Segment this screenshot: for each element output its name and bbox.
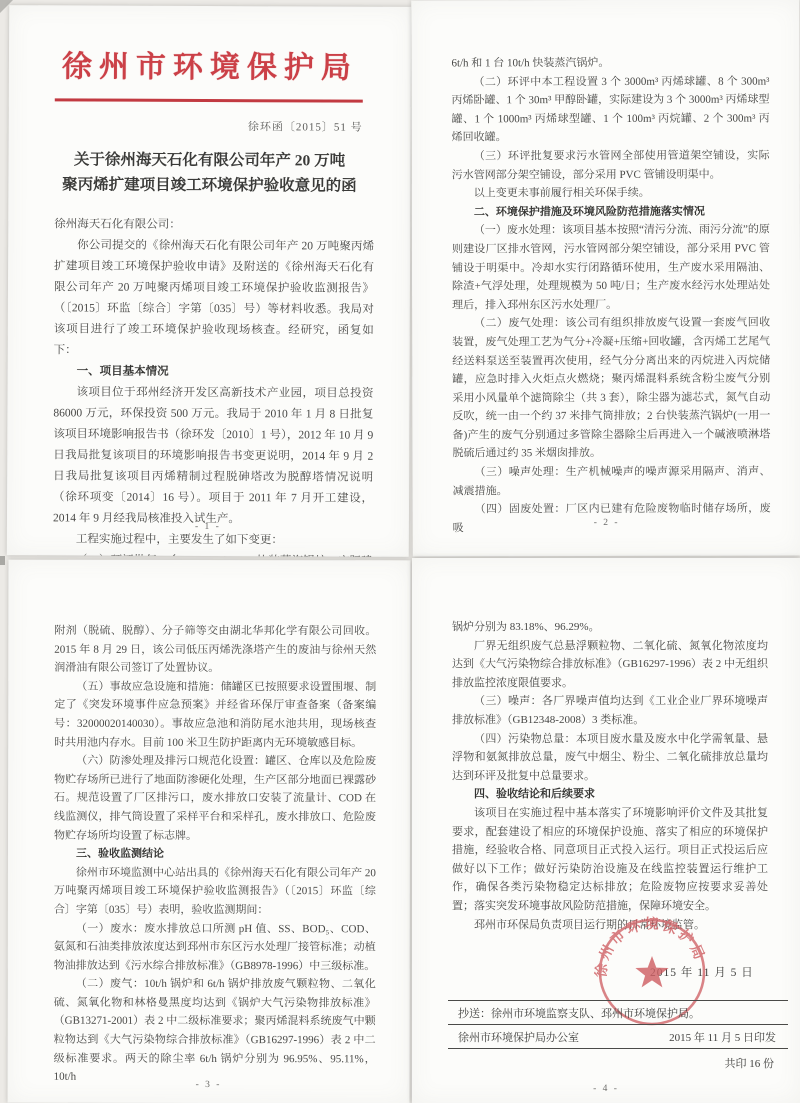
paragraph: 该项目位于邳州经济开发区高新技术产业园，项目总投资 86000 万元，环保投资 … [53, 382, 374, 530]
page-1: 徐州市环境保护局 徐环函〔2015〕51 号 关于徐州海天石化有限公司年产 20… [7, 5, 411, 557]
paragraph: （六）防渗处理及排污口规范化设置：罐区、仓库以及危险废物贮存场所已进行了地面防渗… [54, 752, 376, 846]
page-2: 6t/h 和 1 台 10t/h 快装蒸汽锅炉。 （二）环评中本工程设置 3 个… [411, 0, 800, 557]
paragraph: 锅炉分别为 83.18%、96.29%。 [452, 618, 768, 637]
document-title: 关于徐州海天石化有限公司年产 20 万吨 聚丙烯扩建项目竣工环境保护验收意见的函 [38, 147, 380, 198]
page-2-body: 6t/h 和 1 台 10t/h 快装蒸汽锅炉。 （二）环评中本工程设置 3 个… [451, 54, 770, 538]
print-date: 2015 年 11 月 5 日印发 [669, 1029, 776, 1045]
paragraph: （二）废气：10t/h 锅炉和 6t/h 锅炉排放废气颗粒物、二氧化硫、氮氧化物… [54, 975, 376, 1087]
paragraph: （三）环评批复要求污水管网全部使用管道架空铺设，实际污水管网部分架空铺设，部分采… [452, 147, 770, 185]
scan-edge-artifact [0, 556, 5, 565]
paragraph: 6t/h 和 1 台 10t/h 快装蒸汽锅炉。 [451, 54, 769, 73]
page-4: 锅炉分别为 83.18%、96.29%。 厂界无组织废气总悬浮颗粒物、二氧化硫、… [412, 558, 800, 1103]
paragraph: 你公司提交的《徐州海天石化有限公司年产 20 万吨聚丙烯扩建项目竣工环境保护验收… [54, 235, 375, 362]
paragraph: 徐州海天石化有限公司： [54, 214, 374, 236]
paragraph: （五）事故应急设施和措施：储罐区已按照要求设置围堰、制定了《突发环境事件应急预案… [54, 678, 376, 753]
paragraph: 该项目在实施过程中基本落实了环境影响评价文件及其批复要求，配套建设了相应的环境保… [452, 804, 768, 916]
paragraph: （三）噪声处理：生产机械噪声的噪声源采用隔声、消声、减震措施。 [452, 463, 770, 501]
section-heading: 三、验收监测结论 [54, 845, 376, 864]
agency-masthead: 徐州市环境保护局 [39, 41, 381, 86]
page-3: 附剂（脱硫、脱醇）、分子筛等交由湖北华邦化学有限公司回收。2015 年 8 月 … [8, 560, 411, 1103]
paragraph: 附剂（脱硫、脱醇）、分子筛等交由湖北华邦化学有限公司回收。2015 年 8 月 … [54, 622, 376, 678]
document-title-line2: 聚丙烯扩建项目竣工环境保护验收意见的函 [62, 176, 357, 194]
document-title-line1: 关于徐州海天石化有限公司年产 20 万吨 [74, 151, 345, 169]
paragraph: 厂界无组织废气总悬浮颗粒物、二氧化硫、氮氧化物浓度均达到《大气污染物综合排放标准… [452, 637, 768, 693]
section-heading: 二、环境保护措施及环境风险防范措施落实情况 [452, 202, 770, 221]
page-number: - 2 - [413, 517, 800, 528]
paragraph: （四）污染物总量：本项目废水量及废水中化学需氧量、悬浮物和氨氮排放总量，废气中烟… [452, 730, 768, 786]
document-footer: 抄送：徐州市环境监察支队、邳州市环境保护局。 徐州市环境保护局办公室 2015 … [448, 1000, 788, 1071]
paragraph: （一）环评批复 2 台 SZL6-1.25-AII 快装蒸汽锅炉，实际建设 1 … [53, 550, 373, 557]
page-1-body: 徐州海天石化有限公司： 你公司提交的《徐州海天石化有限公司年产 20 万吨聚丙烯… [53, 214, 375, 557]
paragraph: （二）环评中本工程设置 3 个 3000m³ 丙烯球罐、8 个 300m³ 丙烯… [451, 72, 769, 147]
section-heading: 四、验收结论和后续要求 [452, 785, 768, 804]
copy-to-line: 抄送：徐州市环境监察支队、邳州市环境保护局。 [448, 1001, 788, 1024]
paragraph: （三）噪声：各厂界噪声值均达到《工业企业厂界环境噪声排放标准》（GB12348-… [452, 692, 768, 729]
page-number: - 4 - [412, 1084, 800, 1094]
section-heading: 一、项目基本情况 [54, 361, 374, 383]
seal-star-icon [635, 956, 668, 987]
issuing-office: 徐州市环境保护局办公室 [458, 1029, 579, 1045]
page-number: - 3 - [8, 1080, 410, 1091]
paragraph: （一）废水：废水排放总口所测 pH 值、SS、BOD₅、COD、氨氮和石油类排放… [54, 919, 376, 975]
paragraph: 以上变更未事前履行相关环保手续。 [452, 184, 770, 203]
masthead-rule [55, 98, 363, 102]
paragraph: （二）废气处理：该公司有组织排放废气设置一套废气回收装置，废气处理工艺为气分+冷… [452, 314, 770, 464]
page-3-body: 附剂（脱硫、脱醇）、分子筛等交由湖北华邦化学有限公司回收。2015 年 8 月 … [54, 622, 377, 1087]
page-number: - 1 - [7, 521, 409, 533]
copies-count: 共印 16 份 [448, 1049, 788, 1071]
paragraph: 工程实施过程中，主要发生了如下变更： [53, 529, 373, 551]
paragraph: 徐州市环境监测中心站出具的《徐州海天石化有限公司年产 20 万吨聚丙烯项目竣工环… [54, 863, 376, 919]
document-number: 徐环函〔2015〕51 号 [9, 117, 363, 135]
scanned-document: 徐州市环境保护局 徐环函〔2015〕51 号 关于徐州海天石化有限公司年产 20… [0, 0, 800, 1103]
paragraph: （一）废水处理：该项目基本按照“清污分流、雨污分流”的原则建设厂区排水管网，污水… [452, 221, 770, 315]
